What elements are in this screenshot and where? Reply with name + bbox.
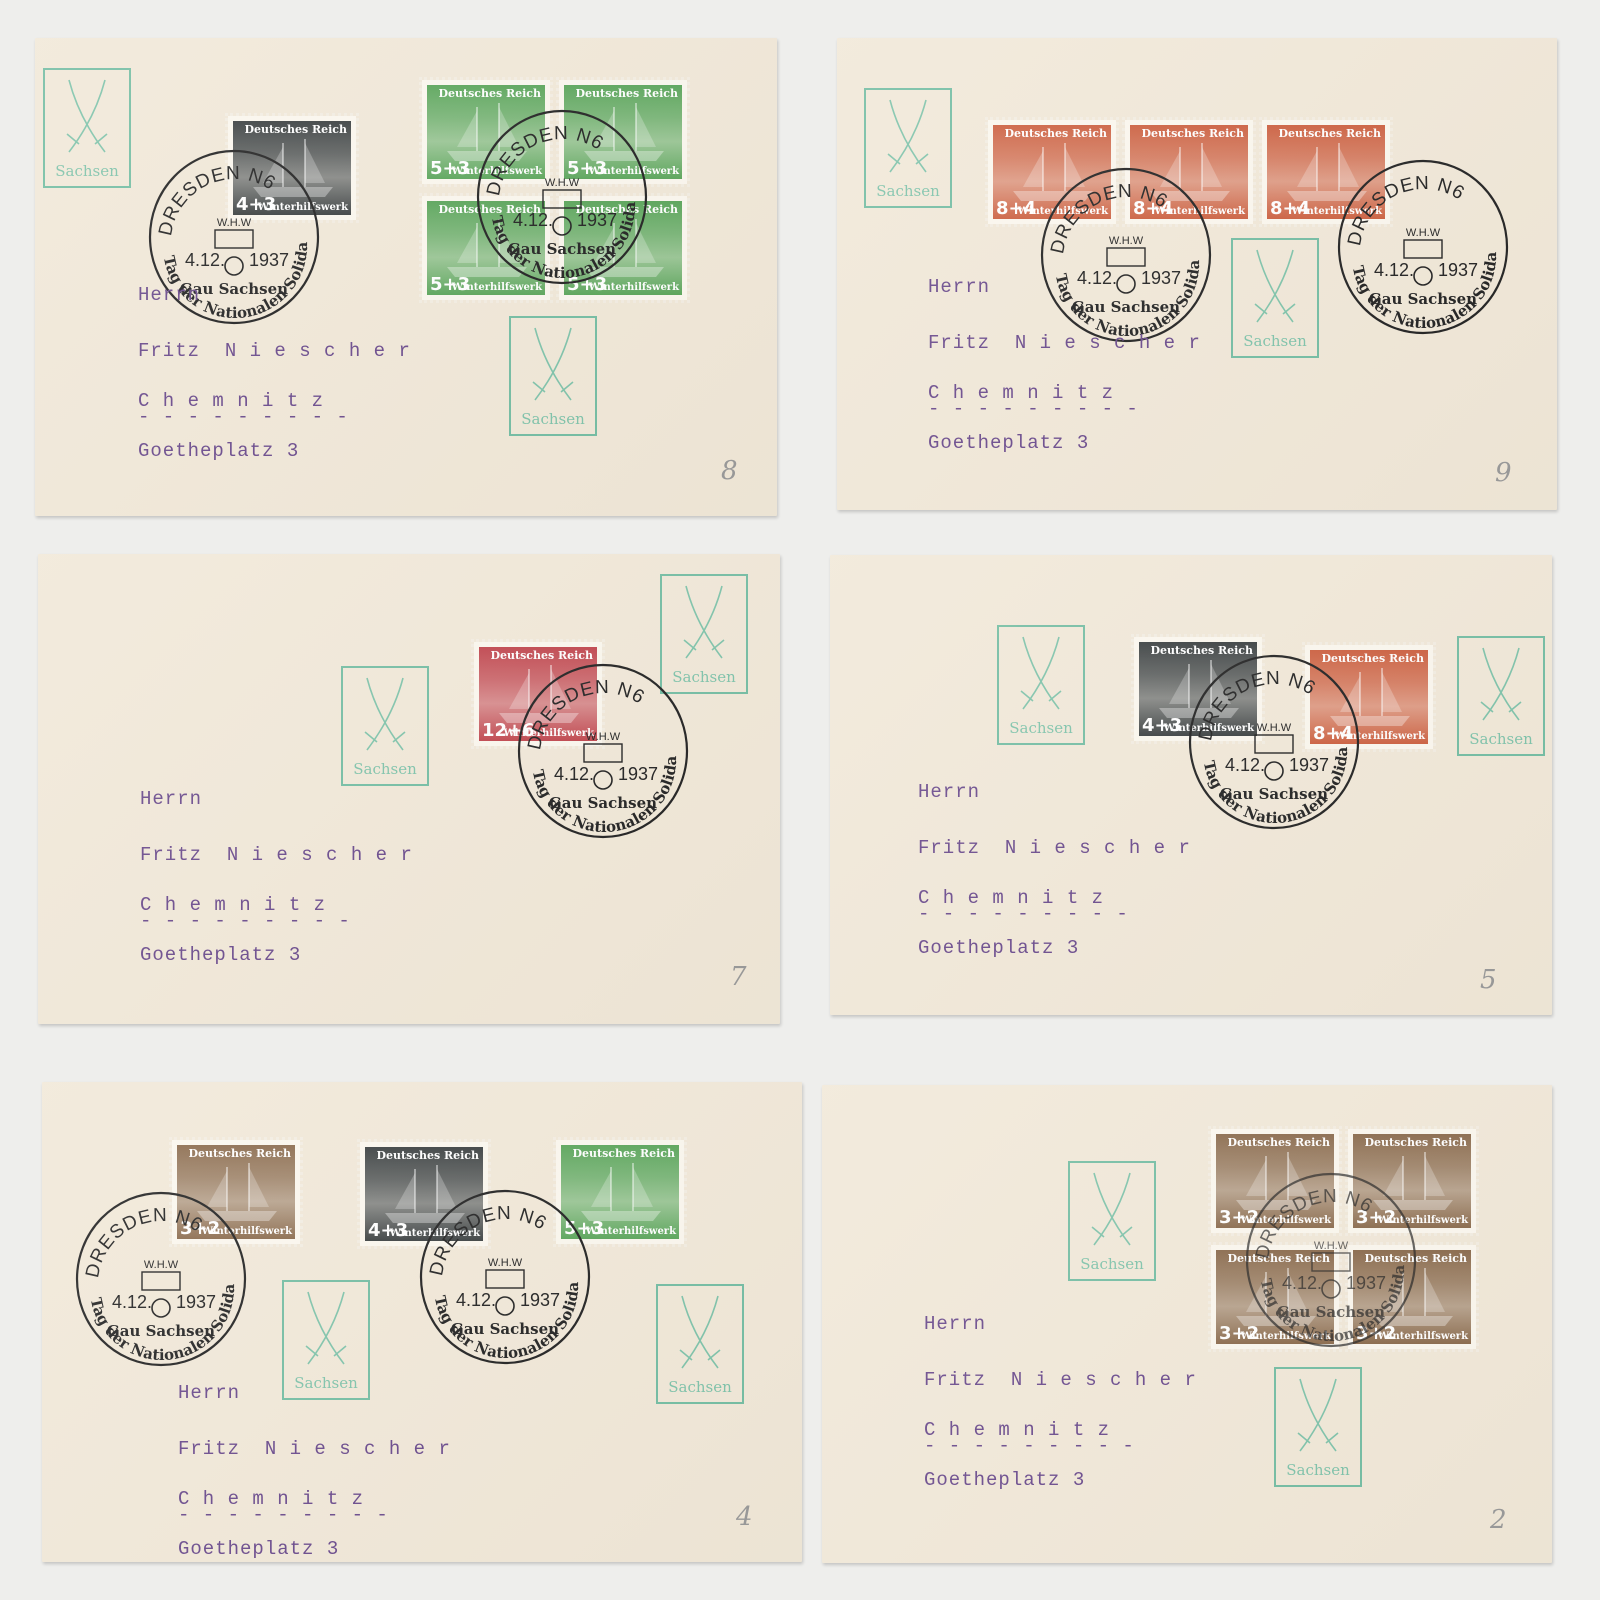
sachsen-cachet: Sachsen	[864, 88, 952, 208]
address-salutation: Herrn	[138, 286, 200, 305]
svg-text:Gau Sachsen: Gau Sachsen	[1072, 298, 1180, 316]
svg-text:W.H.W: W.H.W	[488, 1257, 523, 1269]
stamp-title: Deutsches Reich	[1278, 127, 1381, 140]
pencil-number: 5	[1480, 965, 1497, 995]
sachsen-label: Sachsen	[1276, 1461, 1360, 1479]
stamp-title: Deutsches Reich	[572, 1147, 675, 1160]
svg-text:Gau Sachsen: Gau Sachsen	[508, 240, 616, 258]
postmark-icon: DRESDEN N6Tag der Nationalen Solidarität…	[1242, 1171, 1420, 1349]
address-street: Goetheplatz 3	[138, 442, 299, 461]
svg-text:W.H.W: W.H.W	[1257, 722, 1292, 734]
postmark-dresden: DRESDEN N6Tag der Nationalen Solidarität…	[1185, 653, 1363, 831]
postmark-icon: DRESDEN N6Tag der Nationalen Solidarität…	[1334, 158, 1512, 336]
svg-text:4.12.: 4.12.	[456, 1290, 496, 1310]
sachsen-cachet: Sachsen	[656, 1284, 744, 1404]
sachsen-label: Sachsen	[343, 760, 427, 778]
envelope-cover-8: Sachsen Deutsches Reich4+3Winterhilfswer…	[35, 38, 777, 516]
svg-text:W.H.W: W.H.W	[217, 217, 252, 229]
sachsen-cachet: Sachsen	[1457, 636, 1545, 756]
address-underline: - - - - - - - - -	[924, 1437, 1135, 1456]
stamp-title: Deutsches Reich	[1004, 127, 1107, 140]
address-underline: - - - - - - - - -	[138, 408, 349, 427]
sachsen-cachet: Sachsen	[1231, 238, 1319, 358]
sachsen-label: Sachsen	[511, 410, 595, 428]
sachsen-cachet: Sachsen	[997, 625, 1085, 745]
address-name: Fritz N i e s c h e r	[928, 334, 1201, 353]
pencil-number: 8	[721, 456, 738, 486]
address-street: Goetheplatz 3	[918, 939, 1079, 958]
crossed-swords-icon	[355, 676, 415, 758]
svg-text:W.H.W: W.H.W	[586, 731, 621, 743]
svg-text:4.12.: 4.12.	[1077, 268, 1117, 288]
crossed-swords-icon	[296, 1290, 356, 1372]
crossed-swords-icon	[1011, 635, 1071, 717]
crossed-swords-icon	[878, 98, 938, 180]
postmark-icon: DRESDEN N6Tag der Nationalen Solidarität…	[514, 662, 692, 840]
svg-text:4.12.: 4.12.	[1282, 1273, 1322, 1293]
stamp-title: Deutsches Reich	[438, 87, 541, 100]
stamp-title: Deutsches Reich	[1141, 127, 1244, 140]
address-salutation: Herrn	[178, 1384, 240, 1403]
svg-text:W.H.W: W.H.W	[1406, 227, 1441, 239]
address-name: Fritz N i e s c h e r	[178, 1440, 451, 1459]
address-salutation: Herrn	[928, 278, 990, 297]
sachsen-cachet: Sachsen	[282, 1280, 370, 1400]
envelope-cover-5: Sachsen Deutsches Reich4+3Winterhilfswer…	[830, 555, 1552, 1015]
svg-text:Gau Sachsen: Gau Sachsen	[1277, 1303, 1385, 1321]
postmark-icon: DRESDEN N6Tag der Nationalen Solidarität…	[1185, 653, 1363, 831]
svg-text:4.12.: 4.12.	[1374, 260, 1414, 280]
postmark-icon: DRESDEN N6Tag der Nationalen Solidarität…	[1037, 166, 1215, 344]
svg-text:1937: 1937	[1289, 755, 1329, 775]
postmark-icon: DRESDEN N6Tag der Nationalen Solidarität…	[416, 1188, 594, 1366]
stamp-title: Deutsches Reich	[1364, 1136, 1467, 1149]
envelope-cover-2: Sachsen Deutsches Reich3+2Winterhilfswer…	[822, 1085, 1552, 1563]
svg-text:4.12.: 4.12.	[185, 250, 225, 270]
svg-text:4.12.: 4.12.	[513, 210, 553, 230]
address-salutation: Herrn	[918, 783, 980, 802]
address-street: Goetheplatz 3	[928, 434, 1089, 453]
pencil-number: 2	[1490, 1505, 1507, 1535]
stamp-title: Deutsches Reich	[1227, 1136, 1330, 1149]
postmark-icon: DRESDEN N6Tag der Nationalen Solidarität…	[473, 108, 651, 286]
crossed-swords-icon	[523, 326, 583, 408]
address-salutation: Herrn	[140, 790, 202, 809]
pencil-number: 9	[1495, 458, 1512, 488]
svg-text:Gau Sachsen: Gau Sachsen	[1369, 290, 1477, 308]
address-street: Goetheplatz 3	[178, 1540, 339, 1559]
stamp-title: Deutsches Reich	[490, 649, 593, 662]
svg-text:1937: 1937	[249, 250, 289, 270]
address-salutation: Herrn	[924, 1315, 986, 1334]
address-name: Fritz N i e s c h e r	[924, 1371, 1197, 1390]
svg-text:1937: 1937	[1346, 1273, 1386, 1293]
address-underline: - - - - - - - - -	[140, 912, 351, 931]
address-underline: - - - - - - - - -	[918, 905, 1129, 924]
svg-text:1937: 1937	[618, 764, 658, 784]
svg-text:1937: 1937	[577, 210, 617, 230]
stamp-title: Deutsches Reich	[188, 1147, 291, 1160]
address-street: Goetheplatz 3	[140, 946, 301, 965]
crossed-swords-icon	[1471, 646, 1531, 728]
svg-text:1937: 1937	[176, 1292, 216, 1312]
envelope-cover-7: Sachsen Sachsen Deutsches Reich12+6Winte…	[38, 554, 780, 1024]
crossed-swords-icon	[57, 78, 117, 160]
stamp-title: Deutsches Reich	[244, 123, 347, 136]
svg-text:W.H.W: W.H.W	[144, 1259, 179, 1271]
postmark-dresden: DRESDEN N6Tag der Nationalen Solidarität…	[1334, 158, 1512, 336]
sachsen-label: Sachsen	[658, 1378, 742, 1396]
stamp-title: Deutsches Reich	[376, 1149, 479, 1162]
address-name: Fritz N i e s c h e r	[140, 846, 413, 865]
stamp-label: Winterhilfswerk	[586, 1226, 676, 1237]
sachsen-label: Sachsen	[45, 162, 129, 180]
postmark-dresden: DRESDEN N6Tag der Nationalen Solidarität…	[514, 662, 692, 840]
sachsen-label: Sachsen	[1459, 730, 1543, 748]
envelope-cover-4: Deutsches Reich3+2Winterhilfswerk Deutsc…	[42, 1082, 802, 1562]
postmark-dresden: DRESDEN N6Tag der Nationalen Solidarität…	[473, 108, 651, 286]
sachsen-label: Sachsen	[999, 719, 1083, 737]
crossed-swords-icon	[1082, 1171, 1142, 1253]
crossed-swords-icon	[1288, 1377, 1348, 1459]
svg-text:4.12.: 4.12.	[554, 764, 594, 784]
svg-text:4.12.: 4.12.	[1225, 755, 1265, 775]
sachsen-cachet: Sachsen	[43, 68, 131, 188]
postmark-icon: DRESDEN N6Tag der Nationalen Solidarität…	[72, 1190, 250, 1368]
sachsen-label: Sachsen	[866, 182, 950, 200]
sachsen-cachet: Sachsen	[1274, 1367, 1362, 1487]
address-underline: - - - - - - - - -	[178, 1506, 389, 1525]
svg-text:W.H.W: W.H.W	[1314, 1240, 1349, 1252]
pencil-number: 4	[736, 1502, 753, 1532]
svg-text:W.H.W: W.H.W	[545, 177, 580, 189]
svg-text:1937: 1937	[520, 1290, 560, 1310]
sachsen-label: Sachsen	[1070, 1255, 1154, 1273]
postmark-dresden: DRESDEN N6Tag der Nationalen Solidarität…	[1242, 1171, 1420, 1349]
address-name: Fritz N i e s c h e r	[138, 342, 411, 361]
postmark-dresden: DRESDEN N6Tag der Nationalen Solidarität…	[1037, 166, 1215, 344]
crossed-swords-icon	[674, 584, 734, 666]
postmark-dresden: DRESDEN N6Tag der Nationalen Solidarität…	[72, 1190, 250, 1368]
stamp-title: Deutsches Reich	[575, 87, 678, 100]
postmark-dresden: DRESDEN N6Tag der Nationalen Solidarität…	[416, 1188, 594, 1366]
crossed-swords-icon	[670, 1294, 730, 1376]
svg-text:Gau Sachsen: Gau Sachsen	[549, 794, 657, 812]
svg-text:Gau Sachsen: Gau Sachsen	[107, 1322, 215, 1340]
sachsen-label: Sachsen	[1233, 332, 1317, 350]
address-street: Goetheplatz 3	[924, 1471, 1085, 1490]
svg-text:Gau Sachsen: Gau Sachsen	[1220, 785, 1328, 803]
sachsen-cachet: Sachsen	[509, 316, 597, 436]
sachsen-cachet: Sachsen	[341, 666, 429, 786]
svg-text:1937: 1937	[1141, 268, 1181, 288]
envelope-cover-9: Sachsen Deutsches Reich8+4Winterhilfswer…	[837, 38, 1557, 510]
svg-text:1937: 1937	[1438, 260, 1478, 280]
crossed-swords-icon	[1245, 248, 1305, 330]
svg-text:4.12.: 4.12.	[112, 1292, 152, 1312]
svg-text:W.H.W: W.H.W	[1109, 235, 1144, 247]
pencil-number: 7	[730, 962, 747, 992]
address-underline: - - - - - - - - -	[928, 400, 1139, 419]
sachsen-label: Sachsen	[284, 1374, 368, 1392]
sachsen-cachet: Sachsen	[1068, 1161, 1156, 1281]
address-name: Fritz N i e s c h e r	[918, 839, 1191, 858]
svg-text:Gau Sachsen: Gau Sachsen	[451, 1320, 559, 1338]
